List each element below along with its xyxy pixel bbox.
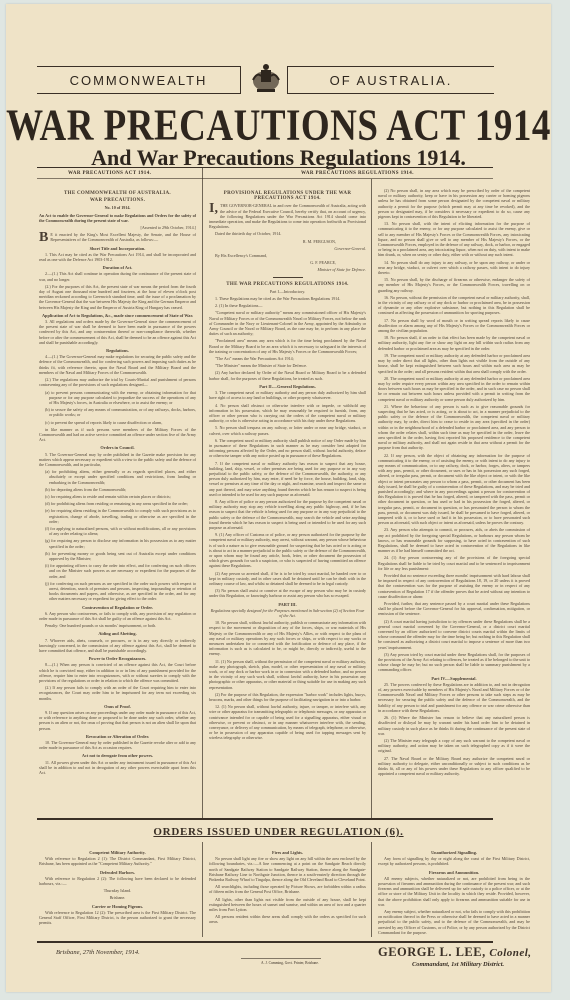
section-text: 5. The Governor-General may by order pub… (39, 452, 196, 468)
column-divider (202, 168, 203, 818)
act-number: No. 10 of 1914. (39, 205, 196, 210)
command: By His Excellency's Command, (209, 253, 366, 258)
regulation-text: 3. The competent naval or military autho… (209, 390, 366, 400)
regulation-text: "The Act" means the War Precautions Act … (209, 356, 366, 361)
section-text: 9. If any question arises on any proceed… (39, 710, 196, 731)
regulation-text: 26. (1) Where the Minister has reason to… (378, 715, 530, 736)
regulation-text: Provided, further, that any sentence pas… (378, 601, 530, 617)
regulation-text: 8. Any officer of police or any person a… (209, 499, 366, 530)
section-text: (b) to secure the safety of any means of… (39, 407, 196, 417)
order-heading: Firearms and Ammunition. (378, 870, 530, 875)
regulation-text: 27. The Naval Board or the Military Boar… (378, 756, 530, 777)
regulation-text: 21. Where the behaviour of any person is… (378, 404, 530, 451)
regulations-right-column: (2) No person shall, in any area which m… (378, 188, 530, 808)
regulation-text: 12. (1) No person shall, without lawful … (209, 704, 366, 740)
act-sections: Short Title and Incorporation.1. This Ac… (39, 246, 196, 776)
order-heading: Unauthorized Signalling. (378, 850, 530, 855)
regulation-text: 11. (1) No person shall, without the per… (209, 659, 366, 690)
drop-cap: B (39, 232, 48, 243)
provisional-dated: Dated the thirtieth day of October, 1914… (209, 231, 366, 236)
column-heading-middle: WAR PRECAUTIONS REGULATIONS 1914. (301, 171, 414, 176)
regulation-text: Provided that no sentence exceeding thre… (378, 573, 530, 599)
act-long-title: An Act to enable the Governor-General to… (39, 213, 196, 223)
regulation-text: 4. No person shall obstruct or otherwise… (209, 403, 366, 424)
printer-imprint: A. J. Cumming, Govt. Printer, Brisbane. (261, 961, 319, 965)
order-text: All lights, other than lights not visibl… (209, 897, 366, 913)
section-text: (e) for requiring aliens residing in the… (39, 508, 196, 524)
act-heading: THE COMMONWEALTH OF AUSTRALIA. (39, 191, 196, 196)
order-text: Any form of signalling by day or night a… (378, 856, 530, 866)
regulation-text: 19. The competent naval or military auth… (378, 353, 530, 374)
order-text: With reference to Regulation 12 (2): The… (39, 910, 196, 926)
section-heading: Regulations. (39, 348, 196, 353)
section-heading: Act not to derogate from other powers. (39, 753, 196, 758)
printer-rule (241, 958, 321, 959)
column-divider (371, 179, 372, 819)
section-text: 4.—(1.) The Governor-General may make re… (39, 354, 196, 375)
order-text: All searchlights, including those operat… (209, 884, 366, 894)
act-column: THE COMMONWEALTH OF AUSTRALIA. WAR PRECA… (39, 188, 196, 818)
section-text: (d) for prohibiting aliens from residing… (39, 501, 196, 506)
section-text: (i) for appointing officers to carry the… (39, 563, 196, 579)
divider (37, 167, 493, 168)
section-text: 11. All powers given under this Act or u… (39, 760, 196, 776)
regulation-text: 6. The competent naval or military autho… (209, 438, 366, 459)
footer-date: Brisbane, 27th November, 1914. (56, 949, 140, 956)
regulation-text: 22. If any person, with the object of ob… (378, 453, 530, 526)
order-text: With reference to Regulation 2 (2): The … (39, 876, 196, 886)
section-text: (2.) If any person fails to comply with … (39, 685, 196, 701)
orders-title: ORDERS ISSUED UNDER REGULATION (6). (6, 826, 551, 838)
banner-left: COMMONWEALTH (37, 66, 241, 94)
signatory-title: Commandant, 1st Military District. (412, 961, 504, 968)
column-divider (202, 842, 203, 937)
order-text: With reference to Regulation 2 (1): The … (39, 856, 196, 866)
part-heading: Part IV.—Supplemental. (378, 676, 530, 681)
regulation-text: 17. No person shall by word of mouth or … (378, 318, 530, 334)
regulation-text: "Proclaimed area" means any area which i… (209, 338, 366, 354)
column-divider (371, 842, 372, 937)
order-heading: Fires and Lights. (209, 850, 366, 855)
section-text: 2.—(1.) This Act shall continue in opera… (39, 271, 196, 281)
regulation-text: 25. The powers conferred by these Regula… (378, 682, 530, 713)
section-text: (f) for applying to naturalized persons,… (39, 526, 196, 536)
regulation-text: 18. No person shall, if an order to that… (378, 335, 530, 351)
divider-thick (37, 818, 493, 820)
regulation-text: (2) For the purpose of this Regulation, … (209, 692, 366, 702)
page-title: WAR PRECAUTIONS ACT 1914 (6, 100, 551, 152)
gg-name: R. M. FERGUSON, (209, 239, 366, 244)
regulation-text: (2) No person shall, in any area which m… (378, 188, 530, 219)
regulation-text: (2) A court martial having jurisdiction … (378, 619, 530, 650)
poster-sheet: COMMONWEALTH OF AUSTRALIA. WAR PRECAUTIO… (6, 4, 551, 992)
signatory: GEORGE L. LEE, Colonel, (378, 945, 532, 960)
minister-title: Minister of State for Defence. (209, 267, 366, 272)
provisional-heading: PROVISIONAL REGULATIONS UNDER THE WAR PR… (209, 191, 366, 201)
section-text: (a) for prohibiting aliens, either gener… (39, 469, 196, 485)
column-heading-left: WAR PRECAUTIONS ACT 1914. (68, 171, 151, 176)
regulation-text: (2) Any harbor declared by Order of the … (209, 370, 366, 380)
regulations-heading: THE WAR PRECAUTIONS REGULATIONS 1914. (209, 282, 366, 287)
section-heading: Short Title and Incorporation. (39, 246, 196, 251)
order-text: No person shall light any fire or show a… (209, 856, 366, 882)
divider-thick (37, 941, 493, 943)
section-heading: Power to Order Recognizances. (39, 656, 196, 661)
part-heading: PART III. (209, 602, 366, 607)
section-text: (2.) The regulations may authorize the t… (39, 377, 196, 387)
section-text: 8.—(1.) When any person is convicted of … (39, 662, 196, 683)
short-rule (273, 277, 303, 278)
section-heading: Onus of Proof. (39, 704, 196, 709)
regulations-right-list: (2) No person shall, in any area which m… (378, 188, 530, 776)
section-text: Penalty: One hundred pounds or six month… (39, 623, 196, 628)
section-text: (g) for requiring any person to disclose… (39, 538, 196, 548)
order-text: All persons resident within these areas … (209, 914, 366, 924)
section-text: (a) to prevent persons communicating wit… (39, 390, 196, 406)
order-heading: Carrier or Homing Pigeons. (39, 904, 196, 909)
section-heading: Revocation or Alteration of Order. (39, 734, 196, 739)
section-heading: Aiding and Abetting. (39, 631, 196, 636)
regulation-text: 23. Any person who attempts to commit, o… (378, 527, 530, 553)
regulations-middle-list: 1. These Regulations may be cited as the… (209, 296, 366, 741)
regulation-text: (3) No person shall assist or connive at… (209, 588, 366, 598)
regulation-text: 15. No person shall, by the discharge of… (378, 277, 530, 293)
regulation-text: 24. (1) Any person contravening any of t… (378, 555, 530, 571)
regulation-text: (2) The Minister may telegraph a copy of… (378, 738, 530, 754)
section-text: 1. This Act may be cited as the War Prec… (39, 252, 196, 262)
provisional-text: I,THE GOVERNOR-GENERAL in and over the C… (209, 203, 366, 229)
section-text: 3. All regulations and orders made by th… (39, 319, 196, 345)
section-text: 6. Any person who contravenes, or fails … (39, 611, 196, 621)
regulation-text: (3) Any person tried by court martial un… (378, 652, 530, 673)
orders-column-3: Unauthorized Signalling.Any form of sign… (378, 847, 530, 939)
order-list-item: Thursday Island. (39, 888, 196, 893)
act-assented: [Assented to 29th October, 1914.] (39, 225, 196, 230)
order-heading: Defended Harbors. (39, 870, 196, 875)
section-text: (2.) For the purposes of this Act, the p… (39, 284, 196, 310)
section-text: (j) for conferring on such persons as ar… (39, 581, 196, 602)
regulation-text: 20. The competent naval or military auth… (378, 376, 530, 402)
act-enacting: BE it enacted by the King's Most Excelle… (39, 232, 196, 242)
regulation-text: 16. No person, without the permission of… (378, 295, 530, 316)
regulation-text: 1. These Regulations may be cited as the… (209, 296, 366, 301)
banner-right: OF AUSTRALIA. (287, 66, 494, 94)
section-heading: Orders in Council. (39, 445, 196, 450)
coat-of-arms-icon (251, 62, 281, 94)
regulation-text: 2. (1) In these Regulations— (209, 303, 366, 308)
section-heading: Contravention of Regulation or Order. (39, 605, 196, 610)
order-text: Any enemy subject, whether naturalized o… (378, 909, 530, 935)
order-heading: Competent Military Authority. (39, 850, 196, 855)
part-heading: Part II.—General Regulations. (209, 384, 366, 389)
section-text: (c) to prevent the spread of reports lik… (39, 420, 196, 425)
orders-column-1: Competent Military Authority.With refere… (39, 847, 196, 939)
regulation-text: 10. No person shall, without lawful auth… (209, 620, 366, 656)
regulation-text: 13. No person shall, with the intent of … (378, 221, 530, 257)
section-text: (b) for deporting aliens from the Common… (39, 487, 196, 492)
section-text: (c) for requiring aliens to reside and r… (39, 494, 196, 499)
divider (37, 178, 493, 179)
order-text: All enemy subjects, whether naturalized … (378, 876, 530, 907)
part-subtitle: Regulations specially designed for the P… (209, 608, 366, 618)
regulations-middle-column: PROVISIONAL REGULATIONS UNDER THE WAR PR… (209, 188, 366, 818)
orders-column-2: Fires and Lights.No person shall light a… (209, 847, 366, 939)
section-heading: Application of Act to Regulations, &c., … (39, 313, 196, 318)
banner: COMMONWEALTH OF AUSTRALIA. (37, 66, 493, 94)
gg-title: Governor-General. (209, 246, 366, 251)
minister-name: G. F. PEARCE, (209, 260, 366, 265)
order-list-item: Brisbane. (39, 895, 196, 900)
section-text: (h) for preventing money or goods being … (39, 551, 196, 561)
regulation-text: (2) Any person so arrested shall, if he … (209, 571, 366, 587)
regulation-text: "The Minister" means the Minister of Sta… (209, 363, 366, 368)
regulation-text: 7. If the competent naval or military au… (209, 461, 366, 497)
regulation-text: 9. (1) Any officer of Customs or of poli… (209, 532, 366, 568)
regulation-text: 5. No person shall trespass on any railw… (209, 425, 366, 435)
regulation-text: "Competent naval or military authority" … (209, 310, 366, 336)
regulation-text: 14. No person shall do any injury to any… (378, 260, 530, 276)
section-text: 10. The Governor-General may by order pu… (39, 740, 196, 750)
act-subheading: WAR PRECAUTIONS. (39, 198, 196, 203)
section-text: in like manner as if such persons were m… (39, 427, 196, 443)
part-one-heading: Part I.—Introductory. (209, 289, 366, 294)
section-heading: Duration of Act. (39, 265, 196, 270)
section-text: 7. Whoever aids, abets, counsels, or pro… (39, 638, 196, 654)
